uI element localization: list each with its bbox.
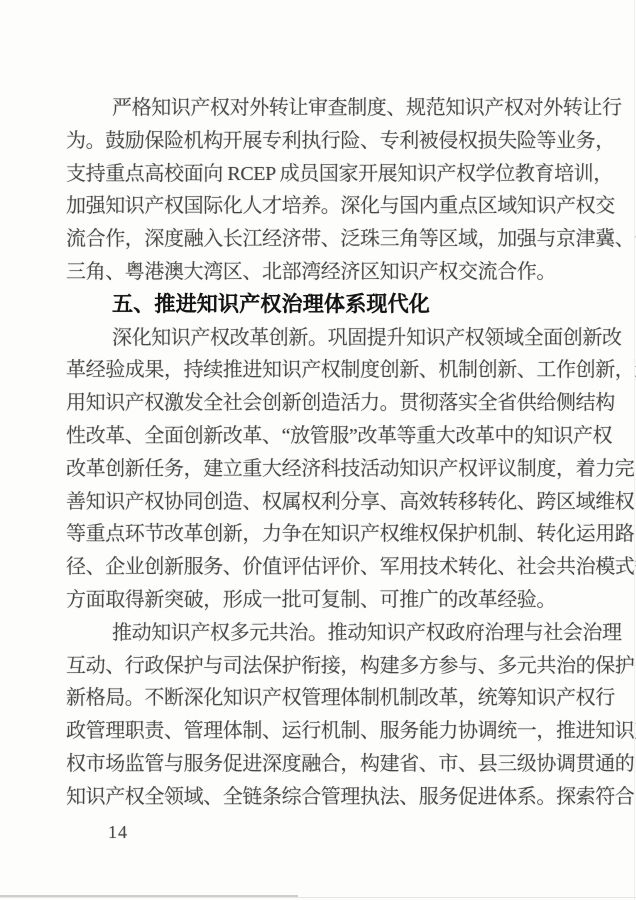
body-line: 善知识产权协同创造、权属权利分享、高效转移转化、跨区域维权	[66, 486, 572, 519]
body-line: 为。鼓励保险机构开展专利执行险、专利被侵权损失险等业务，	[66, 125, 572, 158]
scan-artifact-right-line	[634, 0, 635, 900]
body-line: 支持重点高校面向 RCEP 成员国家开展知识产权学位教育培训，	[66, 158, 572, 191]
scan-artifact-bottom-faint-line	[0, 897, 636, 898]
body-line: 加强知识产权国际化人才培养。深化与国内重点区域知识产权交	[66, 190, 572, 223]
body-line: 性改革、全面创新改革、“放管服”改革等重大改革中的知识产权	[66, 420, 572, 453]
body-line: 三角、粤港澳大湾区、北部湾经济区知识产权交流合作。	[66, 256, 572, 289]
body-line: 革经验成果，持续推进知识产权制度创新、机制创新、工作创新，运	[66, 354, 572, 387]
body-line: 知识产权全领域、全链条综合管理执法、服务促进体系。探索符合	[66, 781, 572, 814]
body-line: 流合作，深度融入长江经济带、泛珠三角等区域，加强与京津冀、长	[66, 223, 572, 256]
body-line: 方面取得新突破，形成一批可复制、可推广的改革经验。	[66, 584, 572, 617]
body-line: 径、企业创新服务、价值评估评价、军用技术转化、社会共治模式等	[66, 551, 572, 584]
document-body: 严格知识产权对外转让审查制度、规范知识产权对外转让行 为。鼓励保险机构开展专利执…	[66, 92, 572, 848]
body-line: 严格知识产权对外转让审查制度、规范知识产权对外转让行	[66, 92, 572, 125]
body-line: 权市场监管与服务促进深度融合，构建省、市、县三级协调贯通的	[66, 748, 572, 781]
body-line: 用知识产权激发全社会创新创造活力。贯彻落实全省供给侧结构	[66, 387, 572, 420]
body-line: 推动知识产权多元共治。推动知识产权政府治理与社会治理	[66, 617, 572, 650]
body-line: 等重点环节改革创新，力争在知识产权维权保护机制、转化运用路	[66, 518, 572, 551]
body-line: 互动、行政保护与司法保护衔接，构建多方参与、多元共治的保护	[66, 650, 572, 683]
scanned-document-page: 严格知识产权对外转让审查制度、规范知识产权对外转让行 为。鼓励保险机构开展专利执…	[0, 0, 636, 900]
page-number: 14	[66, 816, 572, 849]
section-heading: 五、推进知识产权治理体系现代化	[66, 289, 572, 322]
body-line: 深化知识产权改革创新。巩固提升知识产权领域全面创新改	[66, 322, 572, 355]
body-line: 改革创新任务，建立重大经济科技活动知识产权评议制度，着力完	[66, 453, 572, 486]
body-line: 新格局。不断深化知识产权管理体制机制改革，统筹知识产权行	[66, 682, 572, 715]
body-line: 政管理职责、管理体制、运行机制、服务能力协调统一，推进知识产	[66, 715, 572, 748]
